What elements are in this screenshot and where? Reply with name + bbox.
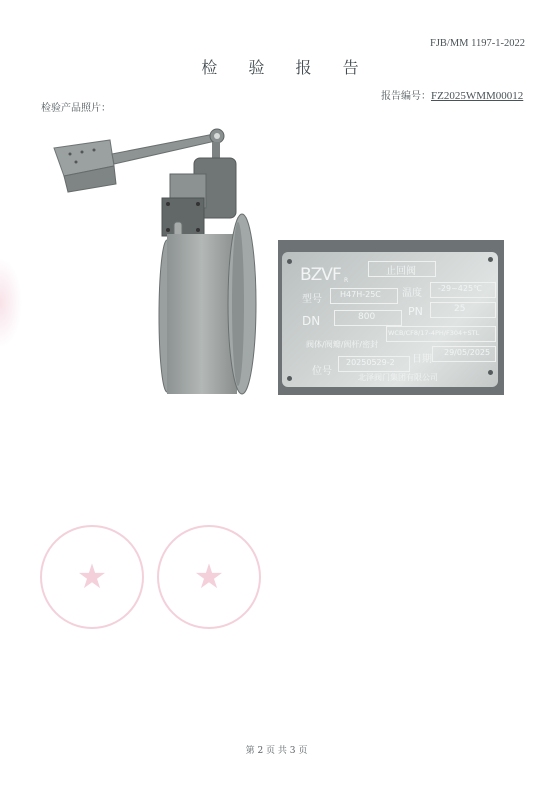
nameplate-value-dn: 800 <box>358 312 375 322</box>
nameplate: BZVF R 止回阀 型号 H47H-25C 温度 -29~425℃ DN 80… <box>282 252 498 387</box>
nameplate-label-pn: PN <box>408 305 423 318</box>
inspection-seal-stamp: ★ <box>40 525 144 629</box>
screw-hole <box>488 257 493 262</box>
nameplate-label-dn: DN <box>302 314 320 328</box>
photo-section-label: 检验产品照片： <box>41 99 111 114</box>
report-number-value: FZ2025WMM00012 <box>431 90 523 102</box>
nameplate-label-temperature: 温度 <box>402 284 422 299</box>
valve-product-photo <box>42 126 262 396</box>
screw-hole <box>287 376 292 381</box>
nameplate-manufacturer: 北泽阀门集团有限公司 <box>358 372 438 383</box>
nameplate-value-tag: 20250529-2 <box>346 358 395 367</box>
nameplate-label-model: 型号 <box>302 290 322 305</box>
nameplate-brand-mark: R <box>344 277 348 284</box>
screw-hole <box>488 370 493 375</box>
star-icon: ★ <box>159 557 259 597</box>
standard-code: FJB/MM 1197-1-2022 <box>430 38 525 49</box>
nameplate-value-temperature: -29~425℃ <box>438 284 482 293</box>
nameplate-value-model: H47H-25C <box>340 290 381 299</box>
report-number-label: 报告编号： <box>381 91 431 102</box>
nameplate-label-materials: 阀体/阀瓣/阀杆/密封 <box>306 339 378 350</box>
nameplate-brand: BZVF <box>300 265 341 285</box>
nameplate-product-name: 止回阀 <box>386 262 416 277</box>
partial-seal-stamp <box>0 258 22 348</box>
report-number: 报告编号：FZ2025WMM00012 <box>381 87 523 102</box>
qualification-seal-stamp: ★ <box>157 525 261 629</box>
nameplate-label-tag: 位号 <box>312 362 332 377</box>
star-icon: ★ <box>42 557 142 597</box>
page-number: 第 2 页 共 3 页 <box>0 743 553 756</box>
nameplate-value-date: 29/05/2025 <box>444 348 490 357</box>
screw-hole <box>287 259 292 264</box>
nameplate-value-materials: WCB/CF8/17-4PH/F304+STL <box>388 329 479 337</box>
page-title: 检 验 报 告 <box>0 55 553 78</box>
nameplate-value-pn: 25 <box>454 304 465 314</box>
nameplate-photo: BZVF R 止回阀 型号 H47H-25C 温度 -29~425℃ DN 80… <box>278 240 504 395</box>
nameplate-label-date: 日期 <box>412 350 432 365</box>
